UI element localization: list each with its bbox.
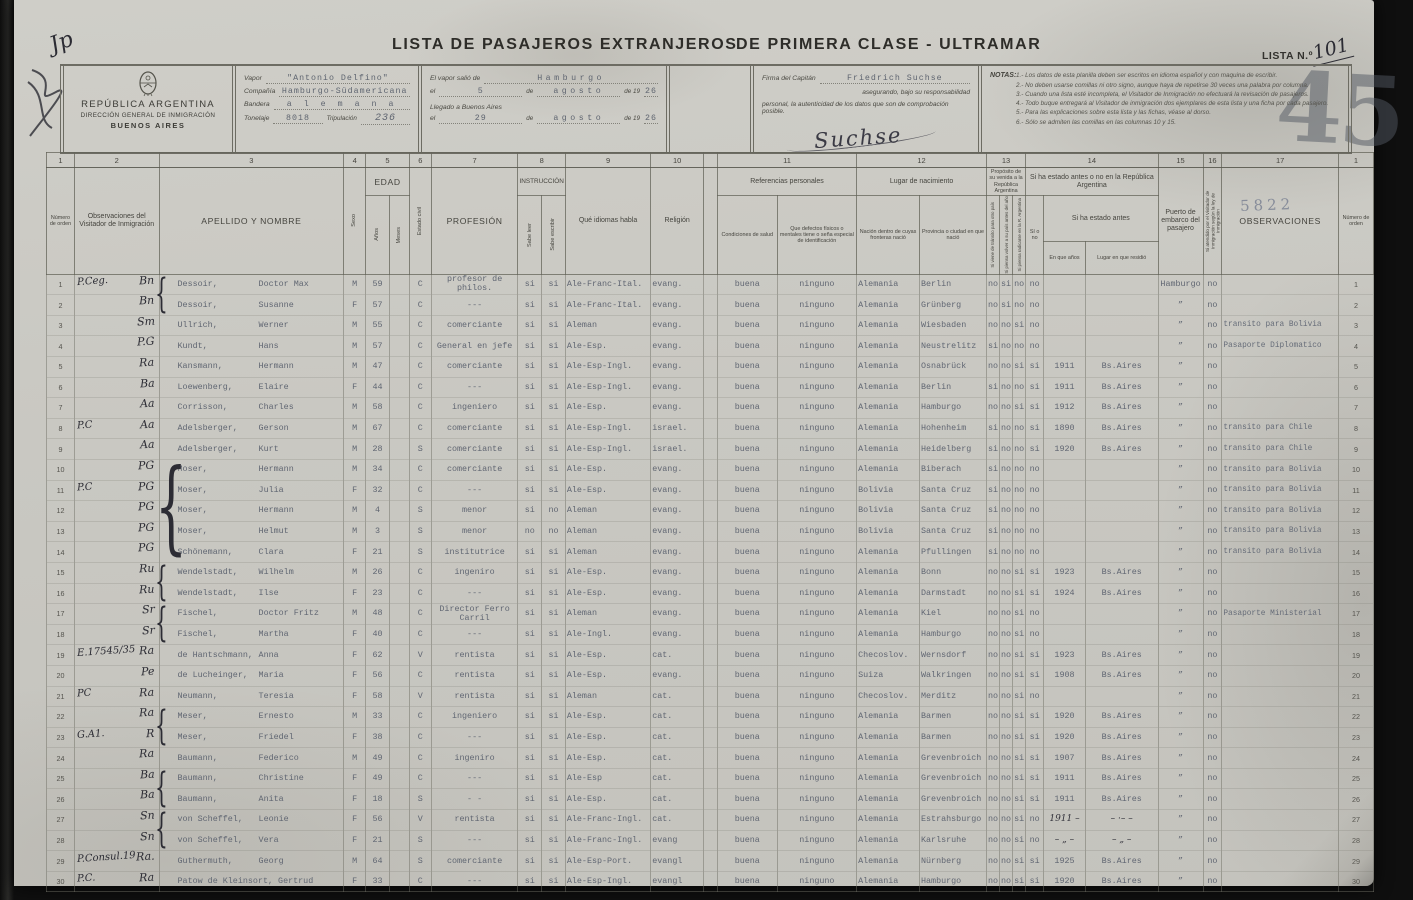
de-label: de (526, 88, 533, 95)
defects-cell: ninguno (777, 501, 857, 522)
age-years-cell: 59 (366, 274, 390, 295)
health-cell: buena (717, 521, 777, 542)
purpose3-cell: no (1013, 295, 1026, 316)
languages-cell: Ale-Esp. (565, 707, 650, 728)
profession-cell: --- (431, 583, 518, 604)
religion-cell: evang. (651, 562, 704, 583)
de19-label2: de 19 (624, 115, 640, 122)
observations-cell (1222, 357, 1339, 378)
can-write-cell: si (542, 871, 566, 892)
embark-port-cell: ” (1158, 459, 1203, 480)
col-num: 1 (1338, 153, 1373, 168)
can-write-cell: si (542, 315, 566, 336)
header-sabe-leer: Sabe leer (518, 196, 542, 275)
visitador-handwritten-note: P.C. (77, 873, 96, 883)
profession-cell: ingeniero (431, 707, 518, 728)
place-resided-cell: Bs.Aires (1085, 707, 1158, 728)
languages-cell: Ale-Ingl. (565, 624, 650, 645)
profession-cell: --- (431, 768, 518, 789)
visitador-handwritten-code: Sr (141, 625, 154, 635)
name-cell: von Scheffel, Vera (159, 830, 344, 851)
observations-cell (1222, 377, 1339, 398)
sex-cell: F (344, 871, 366, 892)
observations-cell (1222, 274, 1339, 295)
embark-port-cell: ” (1158, 315, 1203, 336)
purpose1-cell: no (986, 562, 999, 583)
notes-box: NOTAS: 1.- Los datos de esta planilla de… (978, 66, 1352, 152)
languages-cell: Ale-Esp. (565, 336, 650, 357)
age-years-cell: 21 (366, 542, 390, 563)
visitador-handwritten-code: Pe (141, 667, 155, 677)
been-before-cell: si (1026, 871, 1044, 892)
languages-cell: Aleman (565, 501, 650, 522)
place-resided-cell (1085, 521, 1158, 542)
col-num: 1 (47, 153, 75, 168)
passenger-given-name: Susanne (259, 300, 294, 310)
profession-cell: --- (431, 871, 518, 892)
defects-cell: ninguno (777, 810, 857, 831)
embark-port-cell: ” (1158, 521, 1203, 542)
been-before-cell: si (1026, 768, 1044, 789)
place-resided-cell: – ·– – (1085, 810, 1158, 831)
arrival-day: 29 (439, 114, 522, 124)
civil-status-cell: C (409, 336, 431, 357)
health-cell: buena (717, 377, 777, 398)
purpose2-cell: no (1000, 377, 1013, 398)
can-read-cell: si (518, 542, 542, 563)
visitador-check-cell: no (1203, 665, 1222, 686)
age-months-cell (389, 830, 409, 851)
defects-cell: ninguno (777, 727, 857, 748)
passenger-row: 19 E.17545/35 Ra de Hantschmann, Anna F … (47, 645, 1374, 666)
name-cell: { Moser, Hermann (159, 459, 344, 480)
order-number: 18 (47, 624, 75, 645)
age-months-cell (389, 810, 409, 831)
order-number: 24 (47, 748, 75, 769)
sex-cell: F (344, 789, 366, 810)
col-num: 11 (717, 153, 856, 168)
purpose3-cell: si (1013, 686, 1026, 707)
embark-port-cell: ” (1158, 851, 1203, 872)
passenger-surname: Guthermuth, (178, 857, 254, 866)
defects-cell: ninguno (777, 295, 857, 316)
been-before-cell: si (1026, 789, 1044, 810)
departure-day: 5 (439, 87, 522, 97)
order-number: 10 (47, 459, 75, 480)
passenger-row: 2 Bn Dessoir, Susanne F 57 C --- si si A… (47, 295, 1374, 316)
religion-cell: evang. (651, 398, 704, 419)
visitador-notes-cell: Ra (74, 748, 159, 769)
embark-port-cell: ” (1158, 604, 1203, 625)
languages-cell: Ale-Esp. (565, 480, 650, 501)
religion-cell: evang. (651, 665, 704, 686)
passenger-surname: Moser, (178, 465, 254, 474)
order-number-right: 2 (1338, 295, 1373, 316)
birth-city-cell: Pfullingen (920, 542, 987, 563)
departure-month: agosto (537, 87, 620, 97)
age-years-cell: 49 (366, 748, 390, 769)
blank-cell (704, 398, 718, 419)
blank-cell (704, 336, 718, 357)
header-edad: EDAD (366, 168, 410, 196)
health-cell: buena (717, 810, 777, 831)
order-number-right: 20 (1338, 665, 1373, 686)
years-before-cell (1044, 315, 1086, 336)
header-profesion: PROFESIÓN (431, 168, 518, 275)
purpose2-cell: no (1000, 748, 1013, 769)
argentina-coat-of-arms-icon (137, 71, 159, 97)
passenger-row: 14 PG Schönemann, Clara F 21 S institutr… (47, 542, 1374, 563)
can-read-cell: si (518, 336, 542, 357)
order-number-right: 30 (1338, 871, 1373, 892)
languages-cell: Ale-Franc-Ital. (565, 295, 650, 316)
order-number-right: 4 (1338, 336, 1373, 357)
purpose3-cell: no (1013, 459, 1026, 480)
civil-status-cell: C (409, 665, 431, 686)
passenger-given-name: Ernesto (259, 711, 294, 721)
passenger-row: 8 P.C Aa Adelsberger, Gerson M 67 C come… (47, 418, 1374, 439)
age-months-cell (389, 789, 409, 810)
name-cell: Adelsberger, Kurt (159, 439, 344, 460)
order-number: 9 (47, 439, 75, 460)
observations-cell (1222, 727, 1339, 748)
passenger-row: 10 PG { Moser, Hermann M 34 C comerciant… (47, 459, 1374, 480)
can-read-cell: si (518, 871, 542, 892)
de-label2: de (526, 115, 533, 122)
languages-cell: Ale-Esp. (565, 748, 650, 769)
issuing-authority-box: REPÚBLICA ARGENTINA DIRECCIÓN GENERAL DE… (60, 66, 232, 152)
defects-cell: ninguno (777, 665, 857, 686)
visitador-handwritten-code: Sn (140, 811, 155, 821)
health-cell: buena (717, 707, 777, 728)
sex-cell: F (344, 727, 366, 748)
passenger-row: 7 Aa Corrisson, Charles M 58 C ingeniero… (47, 398, 1374, 419)
birth-nation-cell: Alemania (857, 624, 920, 645)
order-number: 7 (47, 398, 75, 419)
been-before-cell: no (1026, 604, 1044, 625)
passenger-surname: Dessoir, (178, 280, 254, 289)
visitador-check-cell: no (1203, 274, 1222, 295)
been-before-cell: no (1026, 686, 1044, 707)
observations-cell (1222, 851, 1339, 872)
purpose1-cell: si (986, 480, 999, 501)
column-number-row: 1 2 3 4 5 6 7 8 9 10 11 12 13 14 15 16 1… (47, 153, 1374, 168)
purpose1-cell: no (986, 645, 999, 666)
profession-cell: menor (431, 521, 518, 542)
visitador-check-cell: no (1203, 377, 1222, 398)
sex-cell: M (344, 851, 366, 872)
observations-cell: transito para Bolivia (1222, 542, 1339, 563)
passenger-given-name: Wilhelm (259, 567, 294, 577)
col-num: 5 (366, 153, 410, 168)
years-before-cell: 1924 (1044, 583, 1086, 604)
purpose1-cell: no (986, 727, 999, 748)
visitador-notes-cell: Sn (74, 830, 159, 851)
visitador-check-cell: no (1203, 357, 1222, 378)
sex-cell: M (344, 707, 366, 728)
embark-port-cell: ” (1158, 336, 1203, 357)
purpose1-cell: no (986, 789, 999, 810)
passenger-given-name: Friedel (259, 732, 294, 742)
visitador-check-cell: no (1203, 398, 1222, 419)
purpose3-cell: si (1013, 315, 1026, 336)
header-prop2: Si piensa volver a su país antes del año (1000, 196, 1013, 275)
blank-cell (704, 583, 718, 604)
blank-cell (704, 418, 718, 439)
religion-cell: evang. (651, 604, 704, 625)
age-years-cell: 56 (366, 665, 390, 686)
passenger-row: 12 PG Moser, Hermann M 4 S menor si no A… (47, 501, 1374, 522)
purpose2-cell: no (1000, 624, 1013, 645)
order-number-right: 9 (1338, 439, 1373, 460)
order-number-right: 26 (1338, 789, 1373, 810)
age-years-cell: 48 (366, 604, 390, 625)
header-nacimiento: Lugar de nacimiento (857, 168, 987, 196)
visitador-notes-cell: PG (74, 459, 159, 480)
defects-cell: ninguno (777, 748, 857, 769)
years-before-cell (1044, 604, 1086, 625)
civil-status-cell: C (409, 459, 431, 480)
years-before-cell (1044, 459, 1086, 480)
name-cell: Guthermuth, Georg (159, 851, 344, 872)
passenger-given-name: Elaire (259, 382, 289, 392)
been-before-cell: no (1026, 315, 1044, 336)
health-cell: buena (717, 768, 777, 789)
passenger-row: 30 P.C. Ra Patow de Kleinsort, Gertrud F… (47, 871, 1374, 892)
name-cell: Neumann, Teresia (159, 686, 344, 707)
order-number-right: 8 (1338, 418, 1373, 439)
been-before-cell: no (1026, 810, 1044, 831)
profession-cell: --- (431, 295, 518, 316)
civil-status-cell: C (409, 357, 431, 378)
purpose1-cell: si (986, 459, 999, 480)
purpose1-cell: no (986, 583, 999, 604)
can-write-cell: si (542, 274, 566, 295)
passenger-given-name: Hermann (259, 464, 294, 474)
age-years-cell: 49 (366, 768, 390, 789)
visitador-check-cell: no (1203, 810, 1222, 831)
birth-city-cell: Santa Cruz (920, 480, 987, 501)
embark-port-cell: ” (1158, 418, 1203, 439)
profession-cell: ingeniero (431, 398, 518, 419)
been-before-cell: no (1026, 480, 1044, 501)
purpose2-cell: no (1000, 501, 1013, 522)
passenger-row: 6 Ba Loewenberg, Elaire F 44 C --- si si… (47, 377, 1374, 398)
visitador-notes-cell: PC Ra (74, 686, 159, 707)
age-months-cell (389, 521, 409, 542)
been-before-cell: no (1026, 624, 1044, 645)
languages-cell: Ale-Esp-Ingl. (565, 418, 650, 439)
visitador-notes-cell: Sr (74, 624, 159, 645)
passenger-surname: von Scheffel, (178, 836, 254, 845)
passenger-row: 20 Pe de Lucheinger, Maria F 56 C rentis… (47, 665, 1374, 686)
can-write-cell: si (542, 830, 566, 851)
purpose3-cell: no (1013, 501, 1026, 522)
age-years-cell: 64 (366, 851, 390, 872)
years-before-cell (1044, 521, 1086, 542)
religion-cell: evang. (651, 521, 704, 542)
birth-nation-cell: Alemania (857, 707, 920, 728)
passenger-row: 15 Ru { Wendelstadt, Wilhelm M 26 C inge… (47, 562, 1374, 583)
col-num: 14 (1026, 153, 1158, 168)
religion-cell: cat. (651, 686, 704, 707)
years-before-cell: 1911 (1044, 357, 1086, 378)
passenger-given-name: Helmut (259, 526, 289, 536)
visitador-handwritten-code: Ra (139, 872, 155, 882)
been-before-cell: si (1026, 398, 1044, 419)
age-months-cell (389, 501, 409, 522)
visitador-handwritten-code: PG (138, 502, 155, 512)
years-before-cell: 1907 (1044, 748, 1086, 769)
can-read-cell: si (518, 624, 542, 645)
passenger-surname: Wendelstadt, (178, 568, 254, 577)
observations-cell (1222, 686, 1339, 707)
purpose2-cell: no (1000, 336, 1013, 357)
passenger-given-name: Doctor Fritz (259, 608, 319, 618)
profession-cell: rentista (431, 686, 518, 707)
purpose3-cell: no (1013, 377, 1026, 398)
blank-cell (704, 604, 718, 625)
captain-signature: Suchse (813, 123, 903, 153)
header-prop3: Si piensa radicarse en la R. Argentina (1013, 196, 1026, 275)
been-before-cell: si (1026, 748, 1044, 769)
years-before-cell: 1911 (1044, 768, 1086, 789)
order-number-right: 28 (1338, 830, 1373, 851)
health-cell: buena (717, 830, 777, 851)
header-ha-estado: Si ha estado antes (1044, 196, 1158, 242)
age-years-cell: 67 (366, 418, 390, 439)
vapor-value: "Antonio Delfino" (266, 74, 410, 84)
birth-nation-cell: Alemania (857, 459, 920, 480)
passenger-surname: Baumann, (178, 754, 254, 763)
age-months-cell (389, 562, 409, 583)
been-before-cell: no (1026, 521, 1044, 542)
age-months-cell (389, 604, 409, 625)
observations-cell (1222, 871, 1339, 892)
departure-year: 26 (644, 87, 658, 97)
header-salud: Condiciones de salud (717, 196, 777, 275)
religion-cell: cat. (651, 727, 704, 748)
health-cell: buena (717, 851, 777, 872)
visitador-check-cell: no (1203, 604, 1222, 625)
captain-declaration-line2: asegurando, bajo su responsabilidad (762, 89, 970, 96)
visitador-notes-cell: PG (74, 521, 159, 542)
observations-cell: transito para Bolivia (1222, 501, 1339, 522)
captain-declaration-line3: personal, la autenticidad de los datos q… (762, 101, 970, 115)
authority-city: BUENOS AIRES (72, 121, 224, 130)
name-cell: Loewenberg, Elaire (159, 377, 344, 398)
passenger-given-name: Kurt (259, 444, 279, 454)
purpose2-cell: no (1000, 830, 1013, 851)
religion-cell: evang. (651, 336, 704, 357)
observations-cell (1222, 624, 1339, 645)
visitador-handwritten-code: Ra (139, 687, 155, 697)
profession-cell: comerciante (431, 418, 518, 439)
blank-cell (704, 830, 718, 851)
age-years-cell: 57 (366, 295, 390, 316)
embark-port-cell: ” (1158, 624, 1203, 645)
age-months-cell (389, 315, 409, 336)
blank-cell (704, 686, 718, 707)
health-cell: buena (717, 480, 777, 501)
age-years-cell: 34 (366, 459, 390, 480)
can-write-cell: si (542, 789, 566, 810)
sex-cell: M (344, 398, 366, 419)
age-years-cell: 26 (366, 562, 390, 583)
birth-city-cell: Kiel (920, 604, 987, 625)
civil-status-cell: C (409, 727, 431, 748)
visitador-notes-cell: Bn (74, 295, 159, 316)
header-anos: Años (366, 196, 390, 275)
passenger-surname: Fischel, (178, 630, 254, 639)
place-resided-cell (1085, 686, 1158, 707)
purpose2-cell: no (1000, 707, 1013, 728)
place-resided-cell (1085, 501, 1158, 522)
order-number: 2 (47, 295, 75, 316)
religion-cell: evangl (651, 871, 704, 892)
name-cell: { von Scheffel, Leonie (159, 810, 344, 831)
defects-cell: ninguno (777, 274, 857, 295)
profession-cell: - - (431, 789, 518, 810)
place-resided-cell: Bs.Aires (1085, 377, 1158, 398)
age-months-cell (389, 645, 409, 666)
passenger-surname: Moser, (178, 486, 254, 495)
purpose3-cell: no (1013, 439, 1026, 460)
header-si-o-no: Sí o no (1026, 196, 1044, 275)
observations-cell (1222, 665, 1339, 686)
order-number-right: 24 (1338, 748, 1373, 769)
blank-cell (704, 748, 718, 769)
order-number-right: 15 (1338, 562, 1373, 583)
visitador-check-cell: no (1203, 480, 1222, 501)
religion-cell: evang. (651, 542, 704, 563)
birth-nation-cell: Alemania (857, 357, 920, 378)
header-defectos: Que defectos físicos o mentales tiene o … (777, 196, 857, 275)
sex-cell: M (344, 604, 366, 625)
visitador-notes-cell: Ba (74, 377, 159, 398)
header-lugar-residio: Lugar en que residió (1085, 242, 1158, 275)
embark-port-cell: ” (1158, 357, 1203, 378)
visitador-notes-cell: PG (74, 501, 159, 522)
languages-cell: Ale-Esp. (565, 562, 650, 583)
embark-port-cell: ” (1158, 789, 1203, 810)
order-number-right: 19 (1338, 645, 1373, 666)
purpose2-cell: no (1000, 768, 1013, 789)
observations-cell: transito para Bolivia (1222, 459, 1339, 480)
years-before-cell: 1923 (1044, 562, 1086, 583)
age-years-cell: 57 (366, 336, 390, 357)
passenger-surname: Wendelstadt, (178, 589, 254, 598)
birth-city-cell: Grevenbroich (920, 789, 987, 810)
embark-port-cell: ” (1158, 439, 1203, 460)
age-years-cell: 18 (366, 789, 390, 810)
visitador-handwritten-code: Ru (139, 584, 155, 594)
defects-cell: ninguno (777, 871, 857, 892)
embark-port-cell: ” (1158, 748, 1203, 769)
order-number-right: 7 (1338, 398, 1373, 419)
age-months-cell (389, 418, 409, 439)
name-cell: { Meser, Ernesto (159, 707, 344, 728)
passenger-surname: Meser, (178, 712, 254, 721)
purpose1-cell: no (986, 871, 999, 892)
can-read-cell: si (518, 686, 542, 707)
defects-cell: ninguno (777, 315, 857, 336)
purpose2-cell: no (1000, 604, 1013, 625)
sex-cell: F (344, 295, 366, 316)
order-number: 30 (47, 871, 75, 892)
can-read-cell: si (518, 810, 542, 831)
visitador-check-cell: no (1203, 439, 1222, 460)
